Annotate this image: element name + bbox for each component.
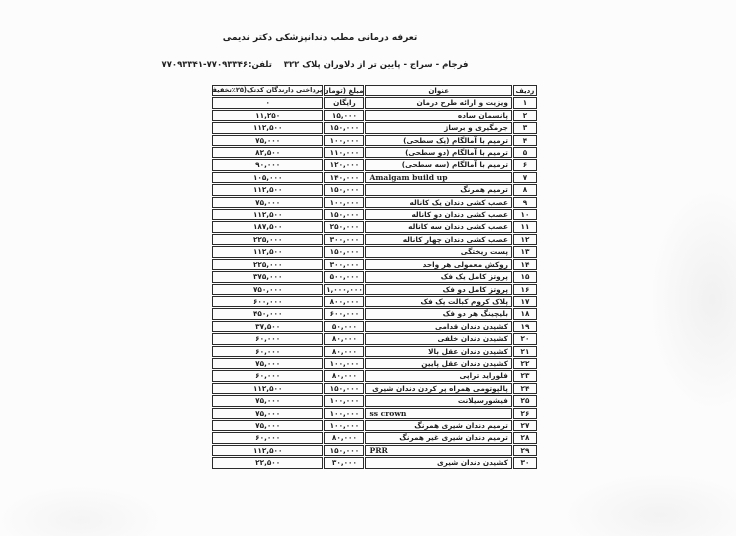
table-row: ۲۱کشیدن دندان عقل بالا۸۰,۰۰۰۶۰,۰۰۰ xyxy=(212,346,537,357)
title-cell: کشیدن دندان شیری xyxy=(365,457,511,468)
amount-cell: ۱۵۰,۰۰۰ xyxy=(324,184,364,195)
amount-cell: ۸۰,۰۰۰ xyxy=(324,432,364,443)
payment-cell: ۱۱۲,۵۰۰ xyxy=(212,122,323,133)
row-number-cell: ۱ xyxy=(513,97,537,108)
title-cell: ترمیم با آمالگام (دو سطحی) xyxy=(365,147,511,158)
row-number-cell: ۲۸ xyxy=(513,432,537,443)
row-number-cell: ۶ xyxy=(513,159,537,170)
title-cell: ترمیم با آمالگام (سه سطحی) xyxy=(365,159,511,170)
title-cell: عصب کشی دندان سه کاناله xyxy=(365,221,511,232)
amount-cell: ۱۰۰,۰۰۰ xyxy=(324,420,364,431)
title-cell: پالپوتومی همراه پر کردن دندان شیری xyxy=(365,383,511,394)
table-row: ۱۹کشیدن دندان قدامی۵۰,۰۰۰۳۷,۵۰۰ xyxy=(212,321,537,332)
title-cell: ترمیم دندان شیری همرنگ xyxy=(365,420,511,431)
title-cell: ترمیم با آمالگام (یک سطحی) xyxy=(365,135,511,146)
row-number-cell: ۳۰ xyxy=(513,457,537,468)
row-number-cell: ۵ xyxy=(513,147,537,158)
amount-cell: ۱۵۰,۰۰۰ xyxy=(324,246,364,257)
row-number-cell: ۴ xyxy=(513,135,537,146)
table-row: ۱۰عصب کشی دندان دو کاناله۱۵۰,۰۰۰۱۱۲,۵۰۰ xyxy=(212,209,537,220)
table-row: ۲پانسمان ساده۱۵,۰۰۰۱۱,۲۵۰ xyxy=(212,110,537,121)
amount-cell: ۱۰۰,۰۰۰ xyxy=(324,197,364,208)
table-row: ۱۱عصب کشی دندان سه کاناله۲۵۰,۰۰۰۱۸۷,۵۰۰ xyxy=(212,221,537,232)
title-cell: پروتز کامل دو فک xyxy=(365,284,511,295)
tariff-table: ردیف عنوان مبلغ (تومان) پرداختی دارندگان… xyxy=(211,84,538,470)
row-number-cell: ۲ xyxy=(513,110,537,121)
title-cell: عصب کشی دندان یک کاناله xyxy=(365,197,511,208)
table-row: ۲۵فیشورسیلانت۱۰۰,۰۰۰۷۵,۰۰۰ xyxy=(212,395,537,406)
payment-cell: ۱۱۲,۵۰۰ xyxy=(212,246,323,257)
payment-cell: ۱۰۵,۰۰۰ xyxy=(212,172,323,183)
row-number-cell: ۱۸ xyxy=(513,308,537,319)
table-row: ۱۲عصب کشی دندان چهار کاناله۳۰۰,۰۰۰۲۲۵,۰۰… xyxy=(212,234,537,245)
payment-cell: ۴۵۰,۰۰۰ xyxy=(212,308,323,319)
header-payment: پرداختی دارندگان کدتک(۲۵٪تخفیف) xyxy=(212,85,323,96)
title-cell: PRR xyxy=(365,445,511,456)
row-number-cell: ۷ xyxy=(513,172,537,183)
payment-cell: ۷۵,۰۰۰ xyxy=(212,395,323,406)
amount-cell: ۵۰,۰۰۰ xyxy=(324,321,364,332)
amount-cell: ۱۲۰,۰۰۰ xyxy=(324,159,364,170)
table-row: ۱۶پروتز کامل دو فک۱,۰۰۰,۰۰۰۷۵۰,۰۰۰ xyxy=(212,284,537,295)
row-number-cell: ۱۶ xyxy=(513,284,537,295)
row-number-cell: ۲۵ xyxy=(513,395,537,406)
payment-cell: ۷۵,۰۰۰ xyxy=(212,408,323,419)
amount-cell: ۱۵۰,۰۰۰ xyxy=(324,445,364,456)
title-cell: فیشورسیلانت xyxy=(365,395,511,406)
payment-cell: ۷۵,۰۰۰ xyxy=(212,358,323,369)
amount-cell: ۱۵۰,۰۰۰ xyxy=(324,383,364,394)
payment-cell: ۷۵,۰۰۰ xyxy=(212,135,323,146)
title-cell: ترمیم دندان شیری غیر همرنگ xyxy=(365,432,511,443)
table-row: ۲۳فلوراید تراپی۸۰,۰۰۰۶۰,۰۰۰ xyxy=(212,370,537,381)
amount-cell: ۸۰,۰۰۰ xyxy=(324,370,364,381)
address-phone-line: فرجام - سراج - پایین تر از دلاوران پلاک … xyxy=(90,60,540,70)
title-cell: کشیدن دندان عقل پایین xyxy=(365,358,511,369)
header-amount: مبلغ (تومان) xyxy=(324,85,364,96)
amount-cell: ۱۵۰,۰۰۰ xyxy=(324,209,364,220)
amount-cell: ۱۰۰,۰۰۰ xyxy=(324,395,364,406)
payment-cell: ۱۱۲,۵۰۰ xyxy=(212,445,323,456)
payment-cell: ۸۲,۵۰۰ xyxy=(212,147,323,158)
table-row: ۱۳پست ریختگی۱۵۰,۰۰۰۱۱۲,۵۰۰ xyxy=(212,246,537,257)
amount-cell: ۵۰۰,۰۰۰ xyxy=(324,271,364,282)
title-cell: پانسمان ساده xyxy=(365,110,511,121)
table-row: ۳۰کشیدن دندان شیری۳۰,۰۰۰۲۲,۵۰۰ xyxy=(212,457,537,468)
row-number-cell: ۲۴ xyxy=(513,383,537,394)
title-cell: بلیچینگ هر دو فک xyxy=(365,308,511,319)
amount-cell: ۳۰,۰۰۰ xyxy=(324,457,364,468)
amount-cell: ۱۱۰,۰۰۰ xyxy=(324,147,364,158)
title-cell: کشیدن دندان عقل بالا xyxy=(365,346,511,357)
table-row: ۴ترمیم با آمالگام (یک سطحی)۱۰۰,۰۰۰۷۵,۰۰۰ xyxy=(212,135,537,146)
payment-cell: ۶۰,۰۰۰ xyxy=(212,370,323,381)
payment-cell: ۲۲۵,۰۰۰ xyxy=(212,259,323,270)
title-cell: Amalgam build up xyxy=(365,172,511,183)
table-row: ۲۶ss crown۱۰۰,۰۰۰۷۵,۰۰۰ xyxy=(212,408,537,419)
table-row: ۶ترمیم با آمالگام (سه سطحی)۱۲۰,۰۰۰۹۰,۰۰۰ xyxy=(212,159,537,170)
scanned-document-page: تعرفه درمانی مطب دندانپزشکی دکتر ندیمی ف… xyxy=(0,0,736,536)
table-row: ۱۴روکش معمولی هر واحد۳۰۰,۰۰۰۲۲۵,۰۰۰ xyxy=(212,259,537,270)
row-number-cell: ۳ xyxy=(513,122,537,133)
title-cell: ترمیم همرنگ xyxy=(365,184,511,195)
row-number-cell: ۱۲ xyxy=(513,234,537,245)
title-cell: کشیدن دندان قدامی xyxy=(365,321,511,332)
amount-cell: ۱۴۰,۰۰۰ xyxy=(324,172,364,183)
tariff-table-body: ۱ویزیت و ارائه طرح درمانرایگان۰۲پانسمان … xyxy=(212,97,537,468)
row-number-cell: ۲۷ xyxy=(513,420,537,431)
row-number-cell: ۲۲ xyxy=(513,358,537,369)
amount-cell: ۸۰,۰۰۰ xyxy=(324,333,364,344)
table-row: ۹عصب کشی دندان یک کاناله۱۰۰,۰۰۰۷۵,۰۰۰ xyxy=(212,197,537,208)
table-row: ۲۰کشیدن دندان خلفی۸۰,۰۰۰۶۰,۰۰۰ xyxy=(212,333,537,344)
row-number-cell: ۲۳ xyxy=(513,370,537,381)
table-row: ۳جرمگیری و برساژ۱۵۰,۰۰۰۱۱۲,۵۰۰ xyxy=(212,122,537,133)
row-number-cell: ۲۰ xyxy=(513,333,537,344)
table-row: ۱ویزیت و ارائه طرح درمانرایگان۰ xyxy=(212,97,537,108)
payment-cell: ۳۷۵,۰۰۰ xyxy=(212,271,323,282)
row-number-cell: ۱۱ xyxy=(513,221,537,232)
table-row: ۵ترمیم با آمالگام (دو سطحی)۱۱۰,۰۰۰۸۲,۵۰۰ xyxy=(212,147,537,158)
row-number-cell: ۱۵ xyxy=(513,271,537,282)
amount-cell: ۱۰۰,۰۰۰ xyxy=(324,408,364,419)
amount-cell: ۸۰۰,۰۰۰ xyxy=(324,296,364,307)
row-number-cell: ۱۴ xyxy=(513,259,537,270)
amount-cell: رایگان xyxy=(324,97,364,108)
title-cell: کشیدن دندان خلفی xyxy=(365,333,511,344)
table-row: ۱۵پروتز کامل یک فک۵۰۰,۰۰۰۳۷۵,۰۰۰ xyxy=(212,271,537,282)
payment-cell: ۲۲,۵۰۰ xyxy=(212,457,323,468)
doc-title: تعرفه درمانی مطب دندانپزشکی دکتر ندیمی xyxy=(100,33,540,43)
payment-cell: ۱۸۷,۵۰۰ xyxy=(212,221,323,232)
row-number-cell: ۱۹ xyxy=(513,321,537,332)
row-number-cell: ۱۰ xyxy=(513,209,537,220)
row-number-cell: ۱۳ xyxy=(513,246,537,257)
amount-cell: ۱۵,۰۰۰ xyxy=(324,110,364,121)
title-cell: عصب کشی دندان دو کاناله xyxy=(365,209,511,220)
payment-cell: ۶۰,۰۰۰ xyxy=(212,346,323,357)
title-cell: فلوراید تراپی xyxy=(365,370,511,381)
amount-cell: ۸۰,۰۰۰ xyxy=(324,346,364,357)
title-cell: پروتز کامل یک فک xyxy=(365,271,511,282)
payment-cell: ۷۵,۰۰۰ xyxy=(212,420,323,431)
amount-cell: ۲۵۰,۰۰۰ xyxy=(324,221,364,232)
table-row: ۲۷ترمیم دندان شیری همرنگ۱۰۰,۰۰۰۷۵,۰۰۰ xyxy=(212,420,537,431)
amount-cell: ۱۰۰,۰۰۰ xyxy=(324,358,364,369)
title-cell: جرمگیری و برساژ xyxy=(365,122,511,133)
amount-cell: ۱,۰۰۰,۰۰۰ xyxy=(324,284,364,295)
title-cell: ویزیت و ارائه طرح درمان xyxy=(365,97,511,108)
amount-cell: ۳۰۰,۰۰۰ xyxy=(324,234,364,245)
table-row: ۲۹PRR۱۵۰,۰۰۰۱۱۲,۵۰۰ xyxy=(212,445,537,456)
row-number-cell: ۸ xyxy=(513,184,537,195)
table-row: ۱۷پلاک کروم کبالت یک فک۸۰۰,۰۰۰۶۰۰,۰۰۰ xyxy=(212,296,537,307)
header-title: عنوان xyxy=(365,85,511,96)
payment-cell: ۱۱۲,۵۰۰ xyxy=(212,184,323,195)
payment-cell: ۱۱۲,۵۰۰ xyxy=(212,383,323,394)
table-row: ۲۸ترمیم دندان شیری غیر همرنگ۸۰,۰۰۰۶۰,۰۰۰ xyxy=(212,432,537,443)
row-number-cell: ۹ xyxy=(513,197,537,208)
table-row: ۲۲کشیدن دندان عقل پایین۱۰۰,۰۰۰۷۵,۰۰۰ xyxy=(212,358,537,369)
table-row: ۲۴پالپوتومی همراه پر کردن دندان شیری۱۵۰,… xyxy=(212,383,537,394)
title-cell: پلاک کروم کبالت یک فک xyxy=(365,296,511,307)
payment-cell: ۶۰۰,۰۰۰ xyxy=(212,296,323,307)
header-row-number: ردیف xyxy=(513,85,537,96)
amount-cell: ۶۰۰,۰۰۰ xyxy=(324,308,364,319)
payment-cell: ۱۱,۲۵۰ xyxy=(212,110,323,121)
title-cell: روکش معمولی هر واحد xyxy=(365,259,511,270)
amount-cell: ۳۰۰,۰۰۰ xyxy=(324,259,364,270)
payment-cell: ۲۲۵,۰۰۰ xyxy=(212,234,323,245)
table-header-row: ردیف عنوان مبلغ (تومان) پرداختی دارندگان… xyxy=(212,85,537,96)
row-number-cell: ۲۹ xyxy=(513,445,537,456)
amount-cell: ۱۵۰,۰۰۰ xyxy=(324,122,364,133)
row-number-cell: ۲۱ xyxy=(513,346,537,357)
payment-cell: ۷۵,۰۰۰ xyxy=(212,197,323,208)
table-row: ۷Amalgam build up۱۴۰,۰۰۰۱۰۵,۰۰۰ xyxy=(212,172,537,183)
payment-cell: ۶۰,۰۰۰ xyxy=(212,333,323,344)
payment-cell: ۰ xyxy=(212,97,323,108)
table-row: ۸ترمیم همرنگ۱۵۰,۰۰۰۱۱۲,۵۰۰ xyxy=(212,184,537,195)
title-cell: عصب کشی دندان چهار کاناله xyxy=(365,234,511,245)
title-cell: پست ریختگی xyxy=(365,246,511,257)
payment-cell: ۹۰,۰۰۰ xyxy=(212,159,323,170)
payment-cell: ۳۷,۵۰۰ xyxy=(212,321,323,332)
payment-cell: ۱۱۲,۵۰۰ xyxy=(212,209,323,220)
row-number-cell: ۲۶ xyxy=(513,408,537,419)
row-number-cell: ۱۷ xyxy=(513,296,537,307)
amount-cell: ۱۰۰,۰۰۰ xyxy=(324,135,364,146)
payment-cell: ۷۵۰,۰۰۰ xyxy=(212,284,323,295)
payment-cell: ۶۰,۰۰۰ xyxy=(212,432,323,443)
table-row: ۱۸بلیچینگ هر دو فک۶۰۰,۰۰۰۴۵۰,۰۰۰ xyxy=(212,308,537,319)
title-cell: ss crown xyxy=(365,408,511,419)
